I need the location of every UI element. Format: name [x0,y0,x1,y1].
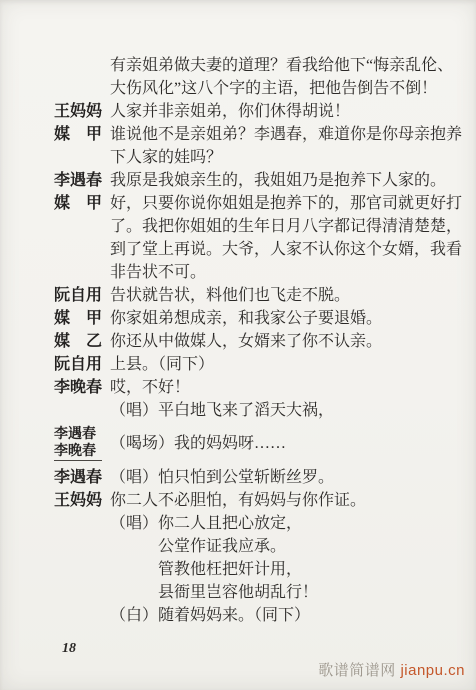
speaker-name: 李晚春 [54,443,102,461]
lyric-text: 公堂作证我应承。 [110,535,476,558]
dialogue-text: 哎，不好！ [110,376,476,399]
watermark-site-name: 歌谱简谱网 [318,662,396,679]
script-line: 王妈妈 人家并非亲姐弟，你们休得胡说！ [0,100,476,123]
dialogue-text: 你二人不必胆怕，有妈妈与你作证。 [110,489,476,512]
script-line: 媒 甲 好，只要你说你姐姐是抱养下的，那官司就更好打 [0,192,476,215]
dialogue-text: 你家姐弟想成亲，和我家公子要退婚。 [110,307,476,330]
speaker-name: 媒 甲 [54,123,110,146]
speaker-name: 媒 甲 [54,192,110,215]
speaker-name: 媒 乙 [54,330,110,353]
watermark-site-url: jianpu.cn [400,662,465,679]
speaker-name: 李遇春 [54,169,110,192]
dialogue-text: 告状就告状，料他们也飞走不脱。 [110,284,476,307]
joint-speakers: 李遇春 李晚春 [54,426,110,461]
speaker-name: 阮自用 [54,284,110,307]
dialogue-text: （唱）怕只怕到公堂斩断丝罗。 [110,466,476,489]
dialogue-text: 你还从中做媒人，女婿来了你不认亲。 [110,330,476,353]
script-line: 了。我把你姐姐的生年日月八字都记得清清楚楚， [0,215,476,238]
speaker-name: 媒 甲 [54,307,110,330]
dialogue-text: 大伤风化”这八个字的主语，把他告倒告不倒！ [110,77,476,100]
speaker-name [54,215,110,238]
watermark: 歌谱简谱网 jianpu.cn [318,659,465,680]
dialogue-text: 人家并非亲姐弟，你们休得胡说！ [110,100,476,123]
script-line: 非告状不可。 [0,261,476,284]
dialogue-text: 谁说他不是亲姐弟？李遇春，难道你是你母亲抱养 [110,123,476,146]
script-line: 到了堂上再说。大爷，人家不认你这个女婿，我看 [0,238,476,261]
dialogue-text: 我原是我娘亲生的，我姐姐乃是抱养下人家的。 [110,169,476,192]
script-line: 媒 甲 你家姐弟想成亲，和我家公子要退婚。 [0,307,476,330]
script-line: 李晚春 哎，不好！ [0,376,476,399]
lyric-text: 县衙里岂容他胡乱行！ [110,581,476,604]
script-line-joint: 李遇春 李晚春 （喝场）我的妈妈呀…… [0,424,476,462]
speaker-name [54,512,110,535]
dialogue-text: 了。我把你姐姐的生年日月八字都记得清清楚楚， [110,215,476,238]
dialogue-text: 非告状不可。 [110,261,476,284]
script-line: 媒 甲 谁说他不是亲姐弟？李遇春，难道你是你母亲抱养 [0,123,476,146]
script-line: 王妈妈 你二人不必胆怕，有妈妈与你作证。 [0,489,476,512]
script-line: 阮自用 上县。（同下） [0,353,476,376]
speaker-name [54,399,110,422]
dialogue-text: （喝场）我的妈妈呀…… [110,432,476,455]
script-page: 有亲姐弟做夫妻的道理？看我给他下“悔亲乱伦、 大伤风化”这八个字的主语，把他告倒… [0,0,476,690]
speaker-name [54,535,110,558]
speaker-name [54,558,110,581]
script-line: 李遇春 我原是我娘亲生的，我姐姐乃是抱养下人家的。 [0,169,476,192]
speaker-name: 王妈妈 [54,489,110,512]
speaker-name: 李遇春 [54,426,102,443]
speaker-name [54,581,110,604]
dialogue-text: （白）随着妈妈来。（同下） [110,604,476,627]
dialogue-text: 上县。（同下） [110,353,476,376]
script-line: 阮自用 告状就告状，料他们也飞走不脱。 [0,284,476,307]
lyric-text: 管教他枉把奸计用， [110,558,476,581]
speaker-name: 王妈妈 [54,100,110,123]
script-line: 县衙里岂容他胡乱行！ [0,581,476,604]
script-line: （唱）你二人且把心放定， [0,512,476,535]
speaker-name: 阮自用 [54,353,110,376]
dialogue-text: （唱）你二人且把心放定， [110,512,476,535]
dialogue-text: 到了堂上再说。大爷，人家不认你这个女婿，我看 [110,238,476,261]
dialogue-text: 好，只要你说你姐姐是抱养下的，那官司就更好打 [110,192,476,215]
speaker-name [54,261,110,284]
speaker-name [54,604,110,627]
dialogue-text: （唱）平白地飞来了滔天大祸， [110,399,476,422]
speaker-name: 李晚春 [54,376,110,399]
speaker-name [54,238,110,261]
script-line: 下人家的娃吗？ [0,146,476,169]
script-line: 大伤风化”这八个字的主语，把他告倒告不倒！ [0,77,476,100]
script-line: 李遇春 （唱）怕只怕到公堂斩断丝罗。 [0,466,476,489]
speaker-name: 李遇春 [54,466,110,489]
script-line: 媒 乙 你还从中做媒人，女婿来了你不认亲。 [0,330,476,353]
script-line: 有亲姐弟做夫妻的道理？看我给他下“悔亲乱伦、 [0,54,476,77]
speaker-name [54,77,110,100]
speaker-name [54,54,110,77]
script-line: （唱）平白地飞来了滔天大祸， [0,399,476,422]
dialogue-text: 下人家的娃吗？ [110,146,476,169]
speaker-name [54,146,110,169]
script-line: 公堂作证我应承。 [0,535,476,558]
page-number: 18 [62,641,76,657]
dialogue-text: 有亲姐弟做夫妻的道理？看我给他下“悔亲乱伦、 [110,54,476,77]
script-line: 管教他枉把奸计用， [0,558,476,581]
script-content: 有亲姐弟做夫妻的道理？看我给他下“悔亲乱伦、 大伤风化”这八个字的主语，把他告倒… [0,54,476,627]
script-line: （白）随着妈妈来。（同下） [0,604,476,627]
